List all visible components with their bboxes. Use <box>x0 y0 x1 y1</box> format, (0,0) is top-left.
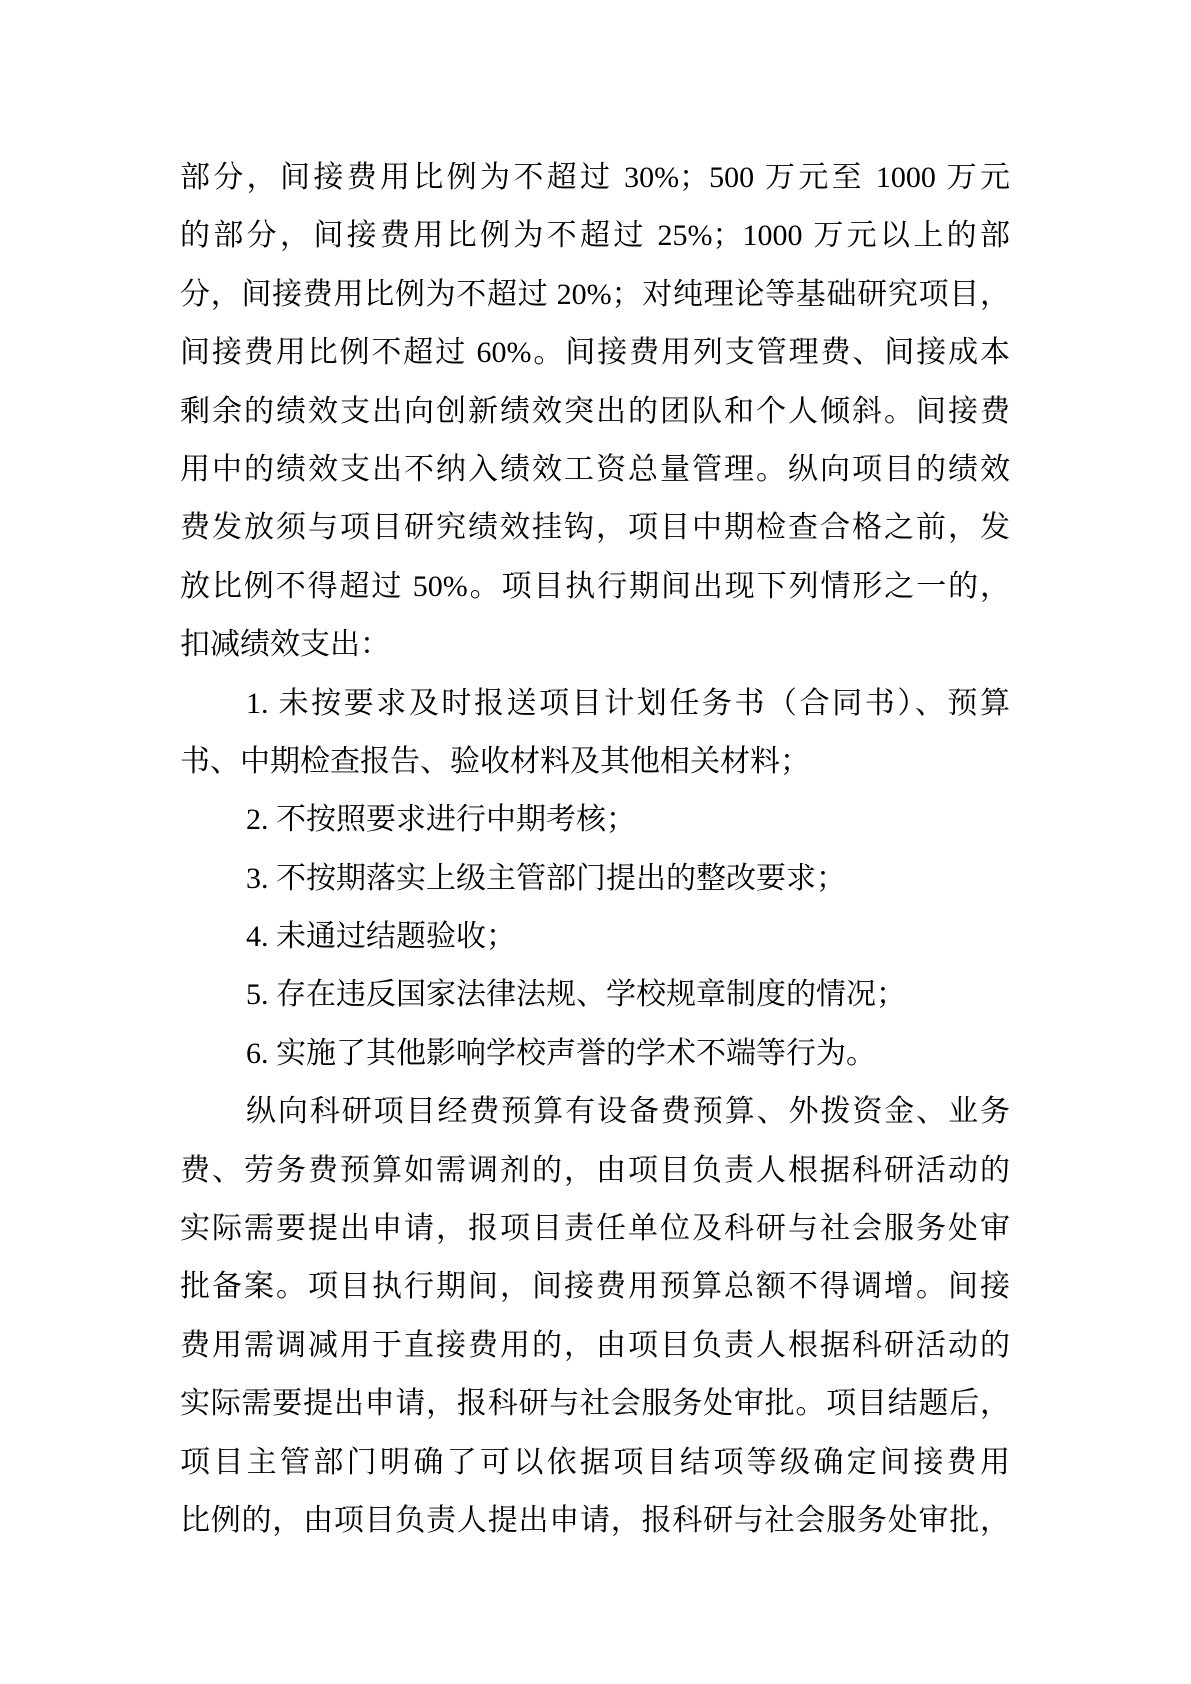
text-line: 实际需要提出申请，报科研与社会服务处审批。项目结题后， <box>180 1375 1010 1433</box>
text-line: 2. 不按照要求进行中期考核； <box>180 791 1010 849</box>
text-line: 放比例不得超过 50%。项目执行期间出现下列情形之一的， <box>180 558 1010 616</box>
text-line: 的部分，间接费用比例为不超过 25%；1000 万元以上的部 <box>180 207 1010 265</box>
text-line: 3. 不按期落实上级主管部门提出的整改要求； <box>180 850 1010 908</box>
text-line: 书、中期检查报告、验收材料及其他相关材料； <box>180 733 1010 791</box>
text-line: 5. 存在违反国家法律法规、学校规章制度的情况； <box>180 966 1010 1024</box>
text-line: 比例的，由项目负责人提出申请，报科研与社会服务处审批， <box>180 1492 1010 1550</box>
text-line: 项目主管部门明确了可以依据项目结项等级确定间接费用 <box>180 1434 1010 1492</box>
text-line: 扣减绩效支出： <box>180 616 1010 674</box>
text-line: 剩余的绩效支出向创新绩效突出的团队和个人倾斜。间接费 <box>180 383 1010 441</box>
text-line: 实际需要提出申请，报项目责任单位及科研与社会服务处审 <box>180 1200 1010 1258</box>
text-line: 1. 未按要求及时报送项目计划任务书（合同书）、预算 <box>180 675 1010 733</box>
document-text-block: 部分，间接费用比例为不超过 30%；500 万元至 1000 万元的部分，间接费… <box>180 149 1010 1550</box>
text-line: 费、劳务费预算如需调剂的，由项目负责人根据科研活动的 <box>180 1142 1010 1200</box>
text-line: 批备案。项目执行期间，间接费用预算总额不得调增。间接 <box>180 1258 1010 1316</box>
text-line: 用中的绩效支出不纳入绩效工资总量管理。纵向项目的绩效 <box>180 441 1010 499</box>
document-page: 部分，间接费用比例为不超过 30%；500 万元至 1000 万元的部分，间接费… <box>0 0 1191 1684</box>
text-line: 部分，间接费用比例为不超过 30%；500 万元至 1000 万元 <box>180 149 1010 207</box>
text-line: 纵向科研项目经费预算有设备费预算、外拨资金、业务 <box>180 1083 1010 1141</box>
text-line: 4. 未通过结题验收； <box>180 908 1010 966</box>
text-line: 间接费用比例不超过 60%。间接费用列支管理费、间接成本 <box>180 324 1010 382</box>
text-line: 6. 实施了其他影响学校声誉的学术不端等行为。 <box>180 1025 1010 1083</box>
text-line: 费发放须与项目研究绩效挂钩，项目中期检查合格之前，发 <box>180 499 1010 557</box>
text-line: 费用需调减用于直接费用的，由项目负责人根据科研活动的 <box>180 1317 1010 1375</box>
text-line: 分，间接费用比例为不超过 20%；对纯理论等基础研究项目， <box>180 266 1010 324</box>
